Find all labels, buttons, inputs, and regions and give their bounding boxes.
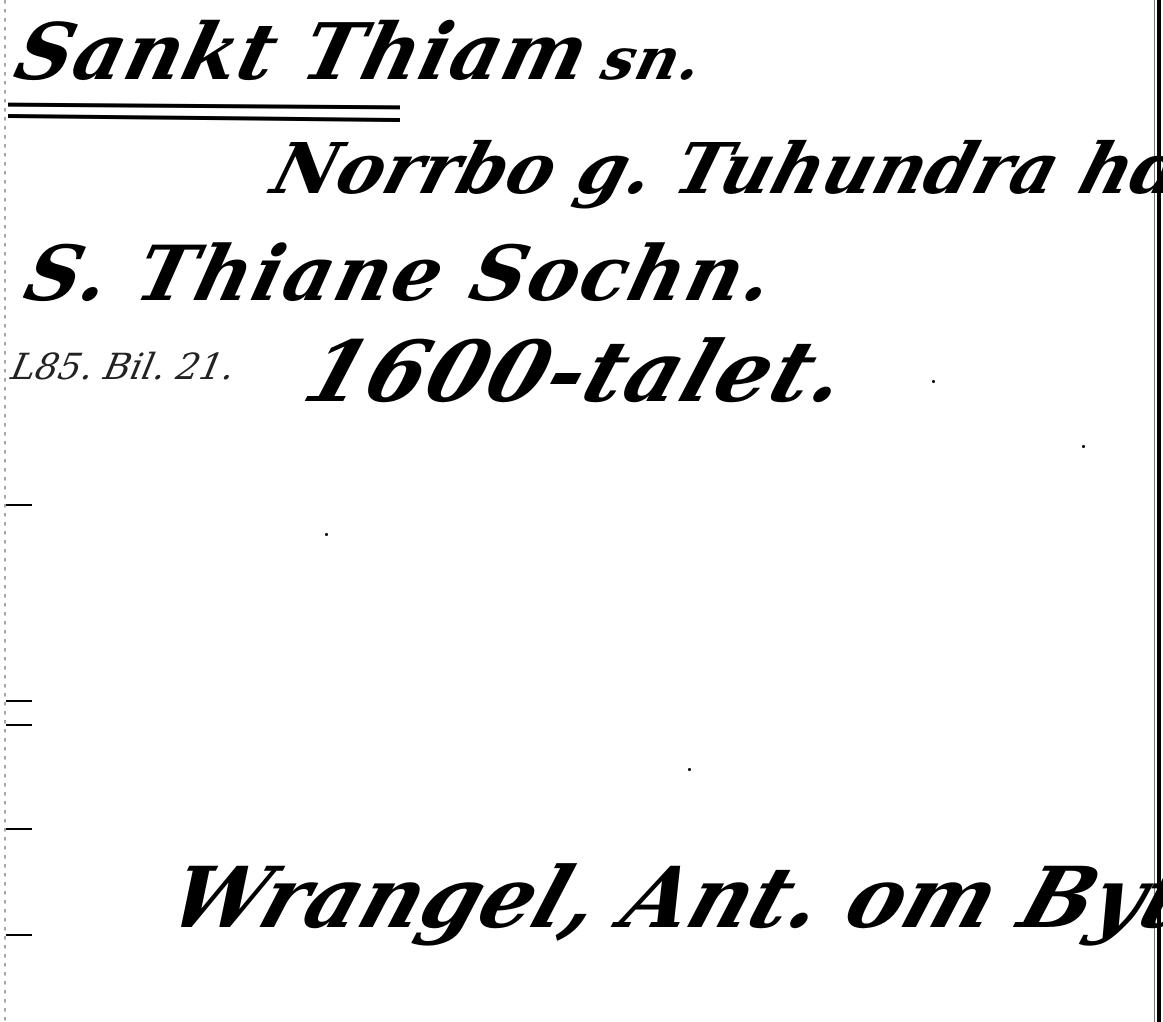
margin-tick bbox=[6, 828, 32, 830]
heading-double-underline bbox=[8, 114, 400, 122]
century-line: 1600-talet. bbox=[295, 330, 860, 414]
author-line: Wrangel, Ant. om Bytterus sn. bbox=[160, 856, 1163, 940]
ink-speck bbox=[932, 380, 935, 383]
left-margin-ruler bbox=[4, 0, 6, 1022]
heading-suffix: sn. bbox=[596, 30, 708, 88]
margin-tick bbox=[6, 700, 32, 702]
ink-speck bbox=[688, 768, 691, 771]
heading-underline bbox=[8, 103, 400, 110]
heading-title: Sankt Thiam bbox=[8, 14, 597, 92]
village-text: Norrbo g. Tuhundra hd. bbox=[263, 127, 1163, 210]
source-reference: L85. Bil. 21. bbox=[8, 350, 238, 386]
margin-tick bbox=[6, 504, 32, 506]
card-heading: Sankt Thiamsn. bbox=[8, 14, 713, 92]
margin-tick bbox=[6, 724, 32, 726]
parish-line: S. Thiane Sochn. bbox=[18, 236, 783, 312]
ink-speck bbox=[325, 533, 328, 536]
margin-tick bbox=[6, 934, 32, 936]
village-line: Norrbo g. Tuhundra hd.Ltl. bbox=[265, 134, 1163, 204]
ink-speck bbox=[1082, 445, 1085, 448]
index-card: Sankt Thiamsn. Norrbo g. Tuhundra hd.Ltl… bbox=[0, 0, 1163, 1022]
